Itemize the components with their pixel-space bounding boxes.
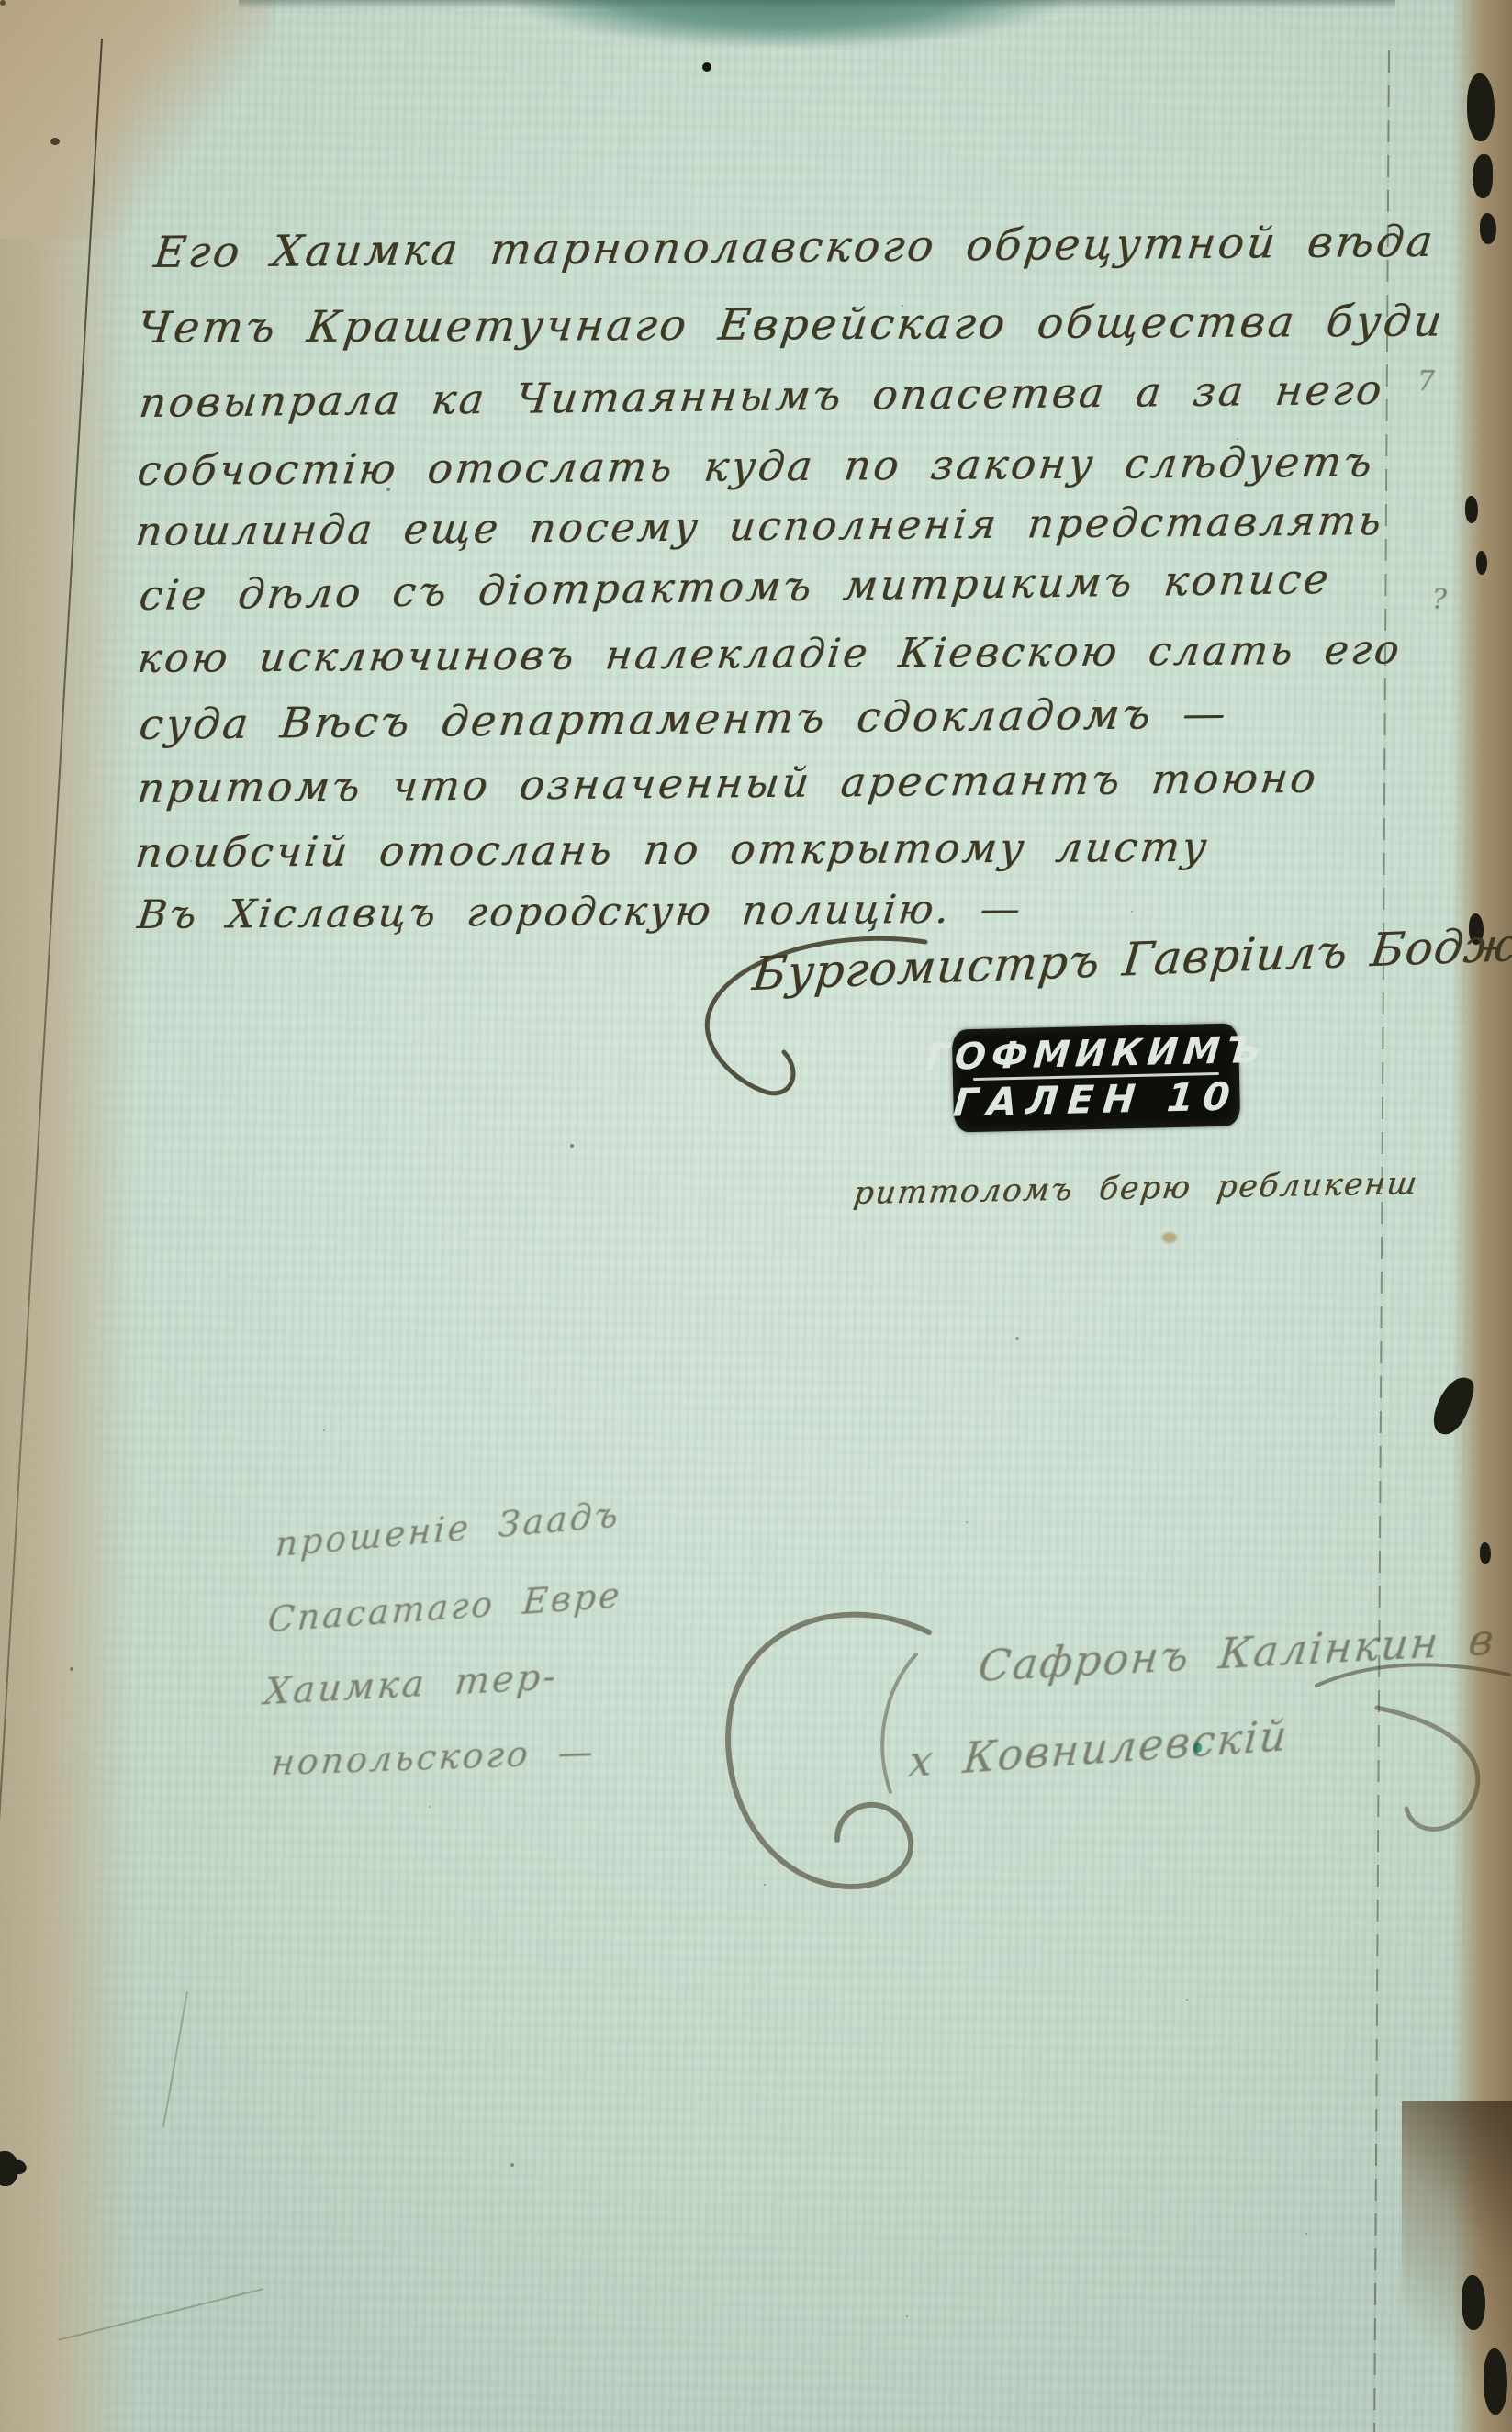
ink-blot bbox=[1467, 73, 1495, 141]
ink-blot bbox=[1473, 154, 1493, 198]
top-edge-shadow bbox=[239, 0, 1395, 9]
stamp-text-line2: ГАЛЕН 10 bbox=[952, 1077, 1241, 1124]
manuscript-line: Четъ Крашетучнаго Еврейскаго общества бу… bbox=[135, 297, 1448, 353]
manuscript-page: Его Хаимка тарнополавского обрецутной вѣ… bbox=[0, 0, 1512, 2432]
binding-right-strip bbox=[1451, 0, 1512, 2432]
manuscript-line: притомъ что означенный арестантъ тоюно bbox=[135, 754, 1321, 813]
manuscript-line: собчостію отослать куда по закону слѣдуе… bbox=[135, 438, 1377, 495]
ink-blot bbox=[1480, 1542, 1491, 1564]
manuscript-line: кою исключиновъ налекладіе Кіевскою слат… bbox=[135, 626, 1404, 682]
paper-stain bbox=[1162, 1232, 1177, 1243]
ink-blot bbox=[1462, 2275, 1485, 2330]
margin-mark: 7 bbox=[1417, 365, 1438, 398]
stamp-text-line1: ГОФМИКИМЪ bbox=[924, 1031, 1267, 1077]
margin-mark: ? bbox=[1432, 584, 1450, 616]
paper-texture bbox=[0, 0, 1512, 2432]
ink-blot bbox=[1476, 551, 1487, 575]
ink-blot bbox=[1484, 2348, 1507, 2415]
signature-swash bbox=[1359, 1698, 1506, 1845]
signature-swash bbox=[1313, 1649, 1512, 1704]
paper-specks bbox=[0, 0, 6, 6]
ink-stamp: ГОФМИКИМЪ ГАЛЕН 10 bbox=[952, 1023, 1240, 1132]
ink-blot bbox=[1465, 496, 1478, 523]
manuscript-line: поибсчій отослань по открытому листу bbox=[133, 823, 1212, 877]
left-page-edge bbox=[0, 0, 138, 2432]
top-left-corner-stain bbox=[0, 0, 275, 239]
paper-stain bbox=[50, 138, 60, 145]
ink-blot bbox=[1480, 213, 1496, 244]
